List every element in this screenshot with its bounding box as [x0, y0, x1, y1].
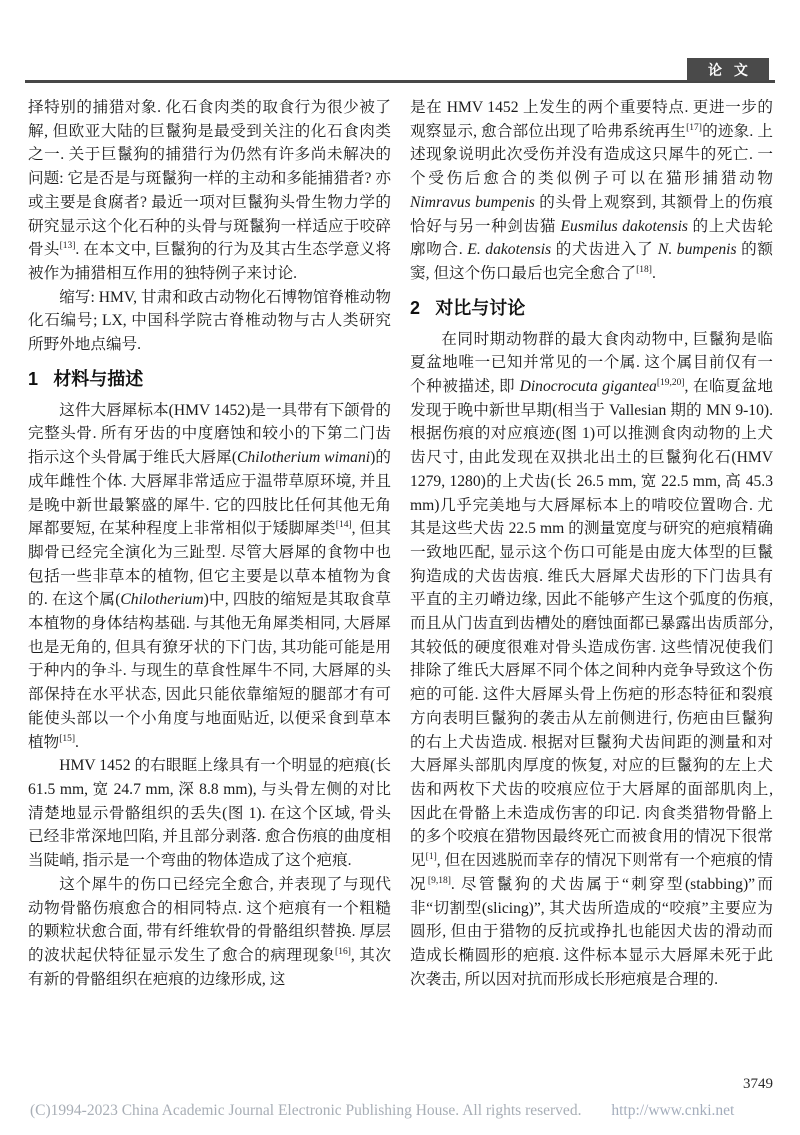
section-heading: 1材料与描述 — [28, 366, 391, 392]
paragraph: 缩写: HMV, 甘肃和政古动物化石博物馆脊椎动物化石编号; LX, 中国科学院… — [28, 286, 391, 357]
header-rule — [25, 80, 775, 83]
paper-type-badge: 论 文 — [687, 58, 769, 81]
left-column: 择特别的捕猎对象. 化石食肉类的取食行为很少被了解, 但欧亚大陆的巨鬣狗是最受到… — [28, 96, 391, 1056]
paragraph: 这个犀牛的伤口已经完全愈合, 并表现了与现代动物骨骼伤痕愈合的相同特点. 这个疤… — [28, 873, 391, 992]
paragraph: 是在 HMV 1452 上发生的两个重要特点. 更进一步的观察显示, 愈合部位出… — [410, 96, 773, 286]
copyright-line: (C)1994-2023 China Academic Journal Elec… — [30, 1102, 770, 1120]
journal-page: { "header": { "tag_label": "论 文" }, "col… — [0, 0, 800, 1135]
article-body: 择特别的捕猎对象. 化石食肉类的取食行为很少被了解, 但欧亚大陆的巨鬣狗是最受到… — [28, 96, 773, 1056]
section-heading: 2对比与讨论 — [410, 295, 773, 321]
paragraph: HMV 1452 的右眼眶上缘具有一个明显的疤痕(长 61.5 mm, 宽 24… — [28, 754, 391, 873]
paragraph: 择特别的捕猎对象. 化石食肉类的取食行为很少被了解, 但欧亚大陆的巨鬣狗是最受到… — [28, 96, 391, 286]
paragraph: 这件大唇犀标本(HMV 1452)是一具带有下颌骨的完整头骨. 所有牙齿的中度磨… — [28, 399, 391, 755]
page-number: 3749 — [743, 1076, 773, 1093]
publisher-url: http://www.cnki.net — [611, 1102, 734, 1119]
paragraph: 在同时期动物群的最大食肉动物中, 巨鬣狗是临夏盆地唯一已知并常见的一个属. 这个… — [410, 328, 773, 992]
right-column: 是在 HMV 1452 上发生的两个重要特点. 更进一步的观察显示, 愈合部位出… — [410, 96, 773, 1056]
copyright-text: (C)1994-2023 China Academic Journal Elec… — [30, 1102, 581, 1119]
paper-type-label: 论 文 — [704, 60, 752, 80]
